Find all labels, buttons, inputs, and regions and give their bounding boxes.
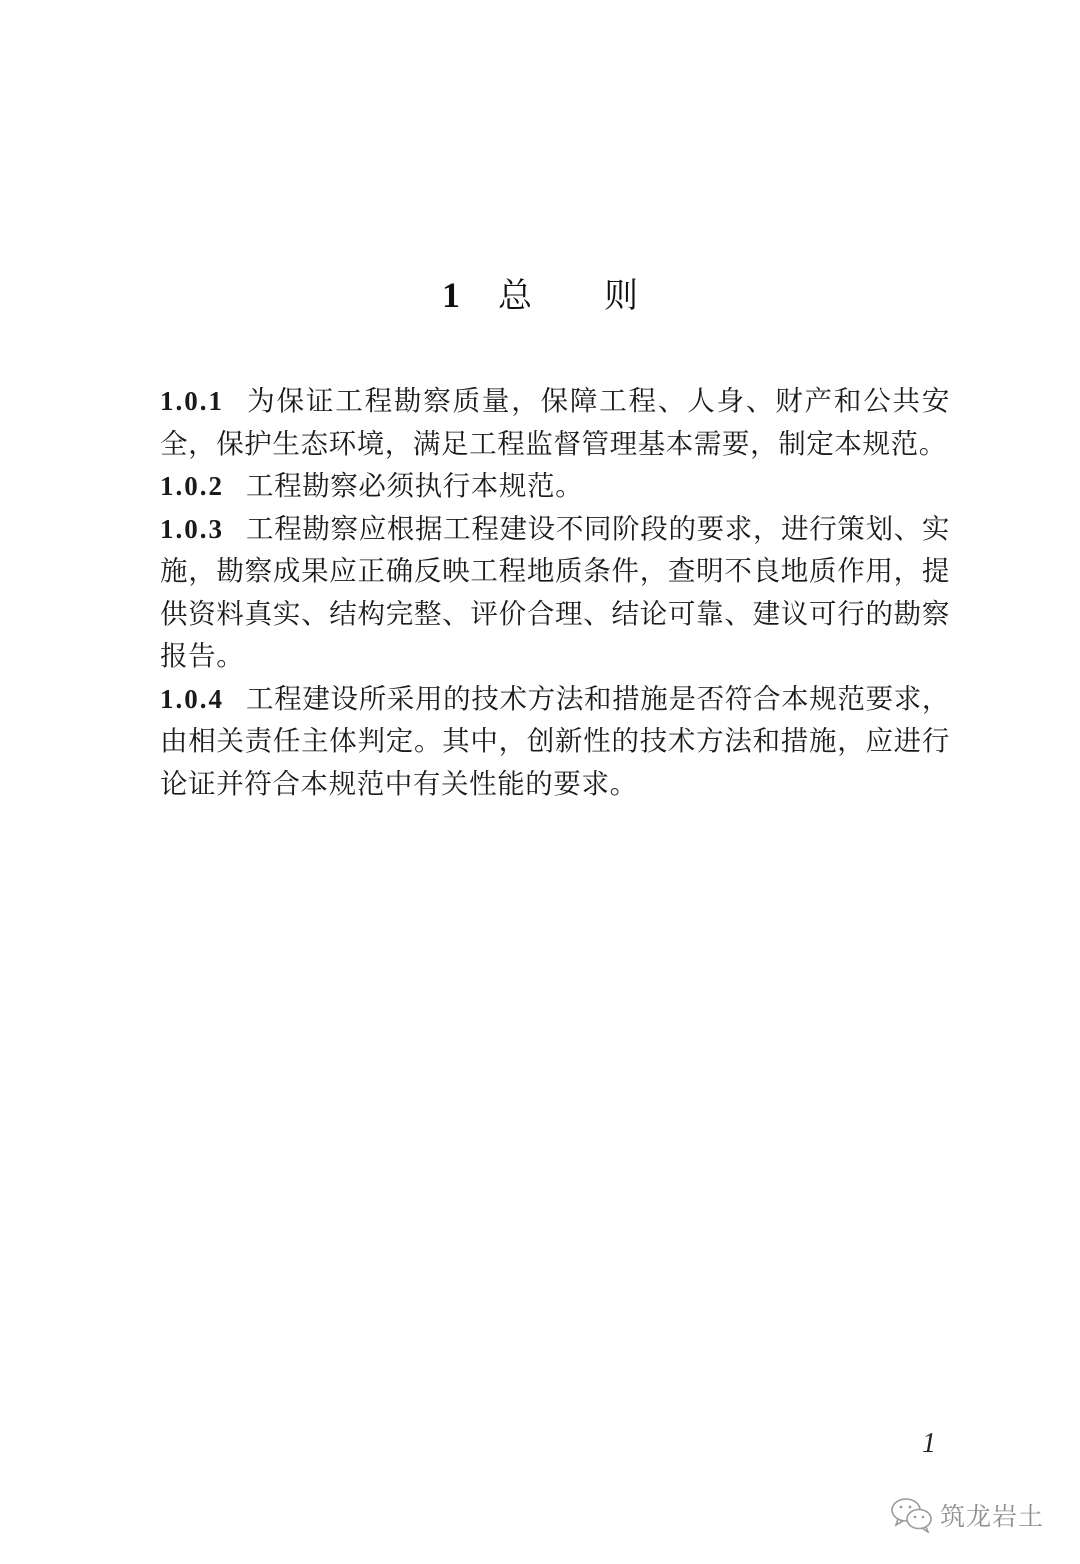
- clause-1-0-4: 1.0.4工程建设所采用的技术方法和措施是否符合本规范要求，由相关责任主体判定。…: [160, 678, 950, 806]
- page-number: 1: [922, 1428, 936, 1460]
- watermark: 筑龙岩土: [890, 1497, 1044, 1533]
- wechat-icon: [890, 1497, 934, 1533]
- clause-1-0-1: 1.0.1为保证工程勘察质量，保障工程、人身、财产和公共安全，保护生态环境，满足…: [160, 380, 950, 465]
- clause-number: 1.0.2: [160, 471, 224, 501]
- clause-number: 1.0.1: [160, 386, 224, 416]
- chapter-title: 1总则: [0, 270, 1080, 321]
- clause-text: 工程勘察应根据工程建设不同阶段的要求，进行策划、实施，勘察成果应正确反映工程地质…: [160, 513, 950, 673]
- watermark-text: 筑龙岩土: [940, 1497, 1044, 1533]
- clause-text: 工程勘察必须执行本规范。: [246, 470, 583, 502]
- clause-number: 1.0.4: [160, 684, 224, 714]
- clause-number: 1.0.3: [160, 514, 224, 544]
- chapter-body: 1.0.1为保证工程勘察质量，保障工程、人身、财产和公共安全，保护生态环境，满足…: [160, 380, 950, 805]
- clause-text: 工程建设所采用的技术方法和措施是否符合本规范要求，由相关责任主体判定。其中，创新…: [160, 683, 950, 800]
- chapter-title-char-1: 总: [498, 276, 532, 316]
- chapter-title-char-2: 则: [604, 276, 638, 316]
- clause-1-0-2: 1.0.2工程勘察必须执行本规范。: [160, 465, 950, 508]
- clause-1-0-3: 1.0.3工程勘察应根据工程建设不同阶段的要求，进行策划、实施，勘察成果应正确反…: [160, 508, 950, 678]
- chapter-number: 1: [442, 275, 460, 315]
- document-page: 1总则 1.0.1为保证工程勘察质量，保障工程、人身、财产和公共安全，保护生态环…: [0, 0, 1080, 1564]
- clause-text: 为保证工程勘察质量，保障工程、人身、财产和公共安全，保护生态环境，满足工程监督管…: [160, 385, 950, 460]
